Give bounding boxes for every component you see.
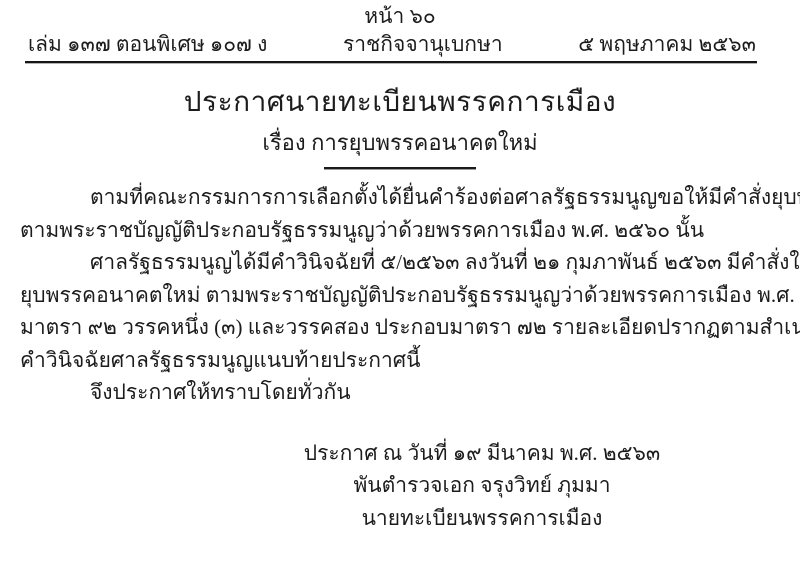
signature-date-line: ประกาศ ณ วันที่ ๑๙ มีนาคม พ.ศ. ๒๕๖๓ — [212, 437, 752, 470]
body-line: ยุบพรรคอนาคตใหม่ ตามพระราชบัญญัติประกอบร… — [20, 279, 775, 312]
body-line: ตามพระราชบัญญัติประกอบรัฐธรรมนูญว่าด้วยพ… — [20, 214, 775, 247]
signatory-name: พันตำรวจเอก จรุงวิทย์ ภุมมา — [212, 469, 752, 502]
gazette-name-label: ราชกิจจานุเบกษา — [343, 30, 503, 58]
gazette-header-row: เล่ม ๑๓๗ ตอนพิเศษ ๑๐๗ ง ราชกิจจานุเบกษา … — [0, 30, 800, 58]
announcement-subject: เรื่อง การยุบพรรคอนาคตใหม่ — [0, 128, 800, 158]
announcement-body: ตามที่คณะกรรมการการเลือกตั้งได้ยื่นคำร้อ… — [20, 181, 775, 409]
volume-issue-label: เล่ม ๑๓๗ ตอนพิเศษ ๑๐๗ ง — [28, 30, 267, 58]
page-number-label: หน้า ๖๐ — [0, 0, 800, 29]
signatory-position: นายทะเบียนพรรคการเมือง — [212, 502, 752, 535]
body-line: คำวินิจฉัยศาลรัฐธรรมนูญแนบท้ายประกาศนี้ — [20, 344, 775, 377]
body-line: จึงประกาศให้ทราบโดยทั่วกัน — [20, 376, 775, 409]
body-line: มาตรา ๙๒ วรรคหนึ่ง (๓) และวรรคสอง ประกอบ… — [20, 311, 775, 344]
subject-divider-rule — [324, 167, 476, 169]
body-line: ศาลรัฐธรรมนูญได้มีคำวินิจฉัยที่ ๕/๒๕๖๓ ล… — [20, 246, 775, 279]
publication-date-label: ๕ พฤษภาคม ๒๕๖๓ — [578, 30, 756, 58]
announcement-title: ประกาศนายทะเบียนพรรคการเมือง — [0, 85, 800, 121]
signature-block: ประกาศ ณ วันที่ ๑๙ มีนาคม พ.ศ. ๒๕๖๓ พันต… — [212, 437, 752, 535]
body-line: ตามที่คณะกรรมการการเลือกตั้งได้ยื่นคำร้อ… — [20, 181, 775, 214]
gazette-page: หน้า ๖๐ เล่ม ๑๓๗ ตอนพิเศษ ๑๐๗ ง ราชกิจจา… — [0, 0, 800, 567]
header-divider-rule — [25, 61, 757, 63]
